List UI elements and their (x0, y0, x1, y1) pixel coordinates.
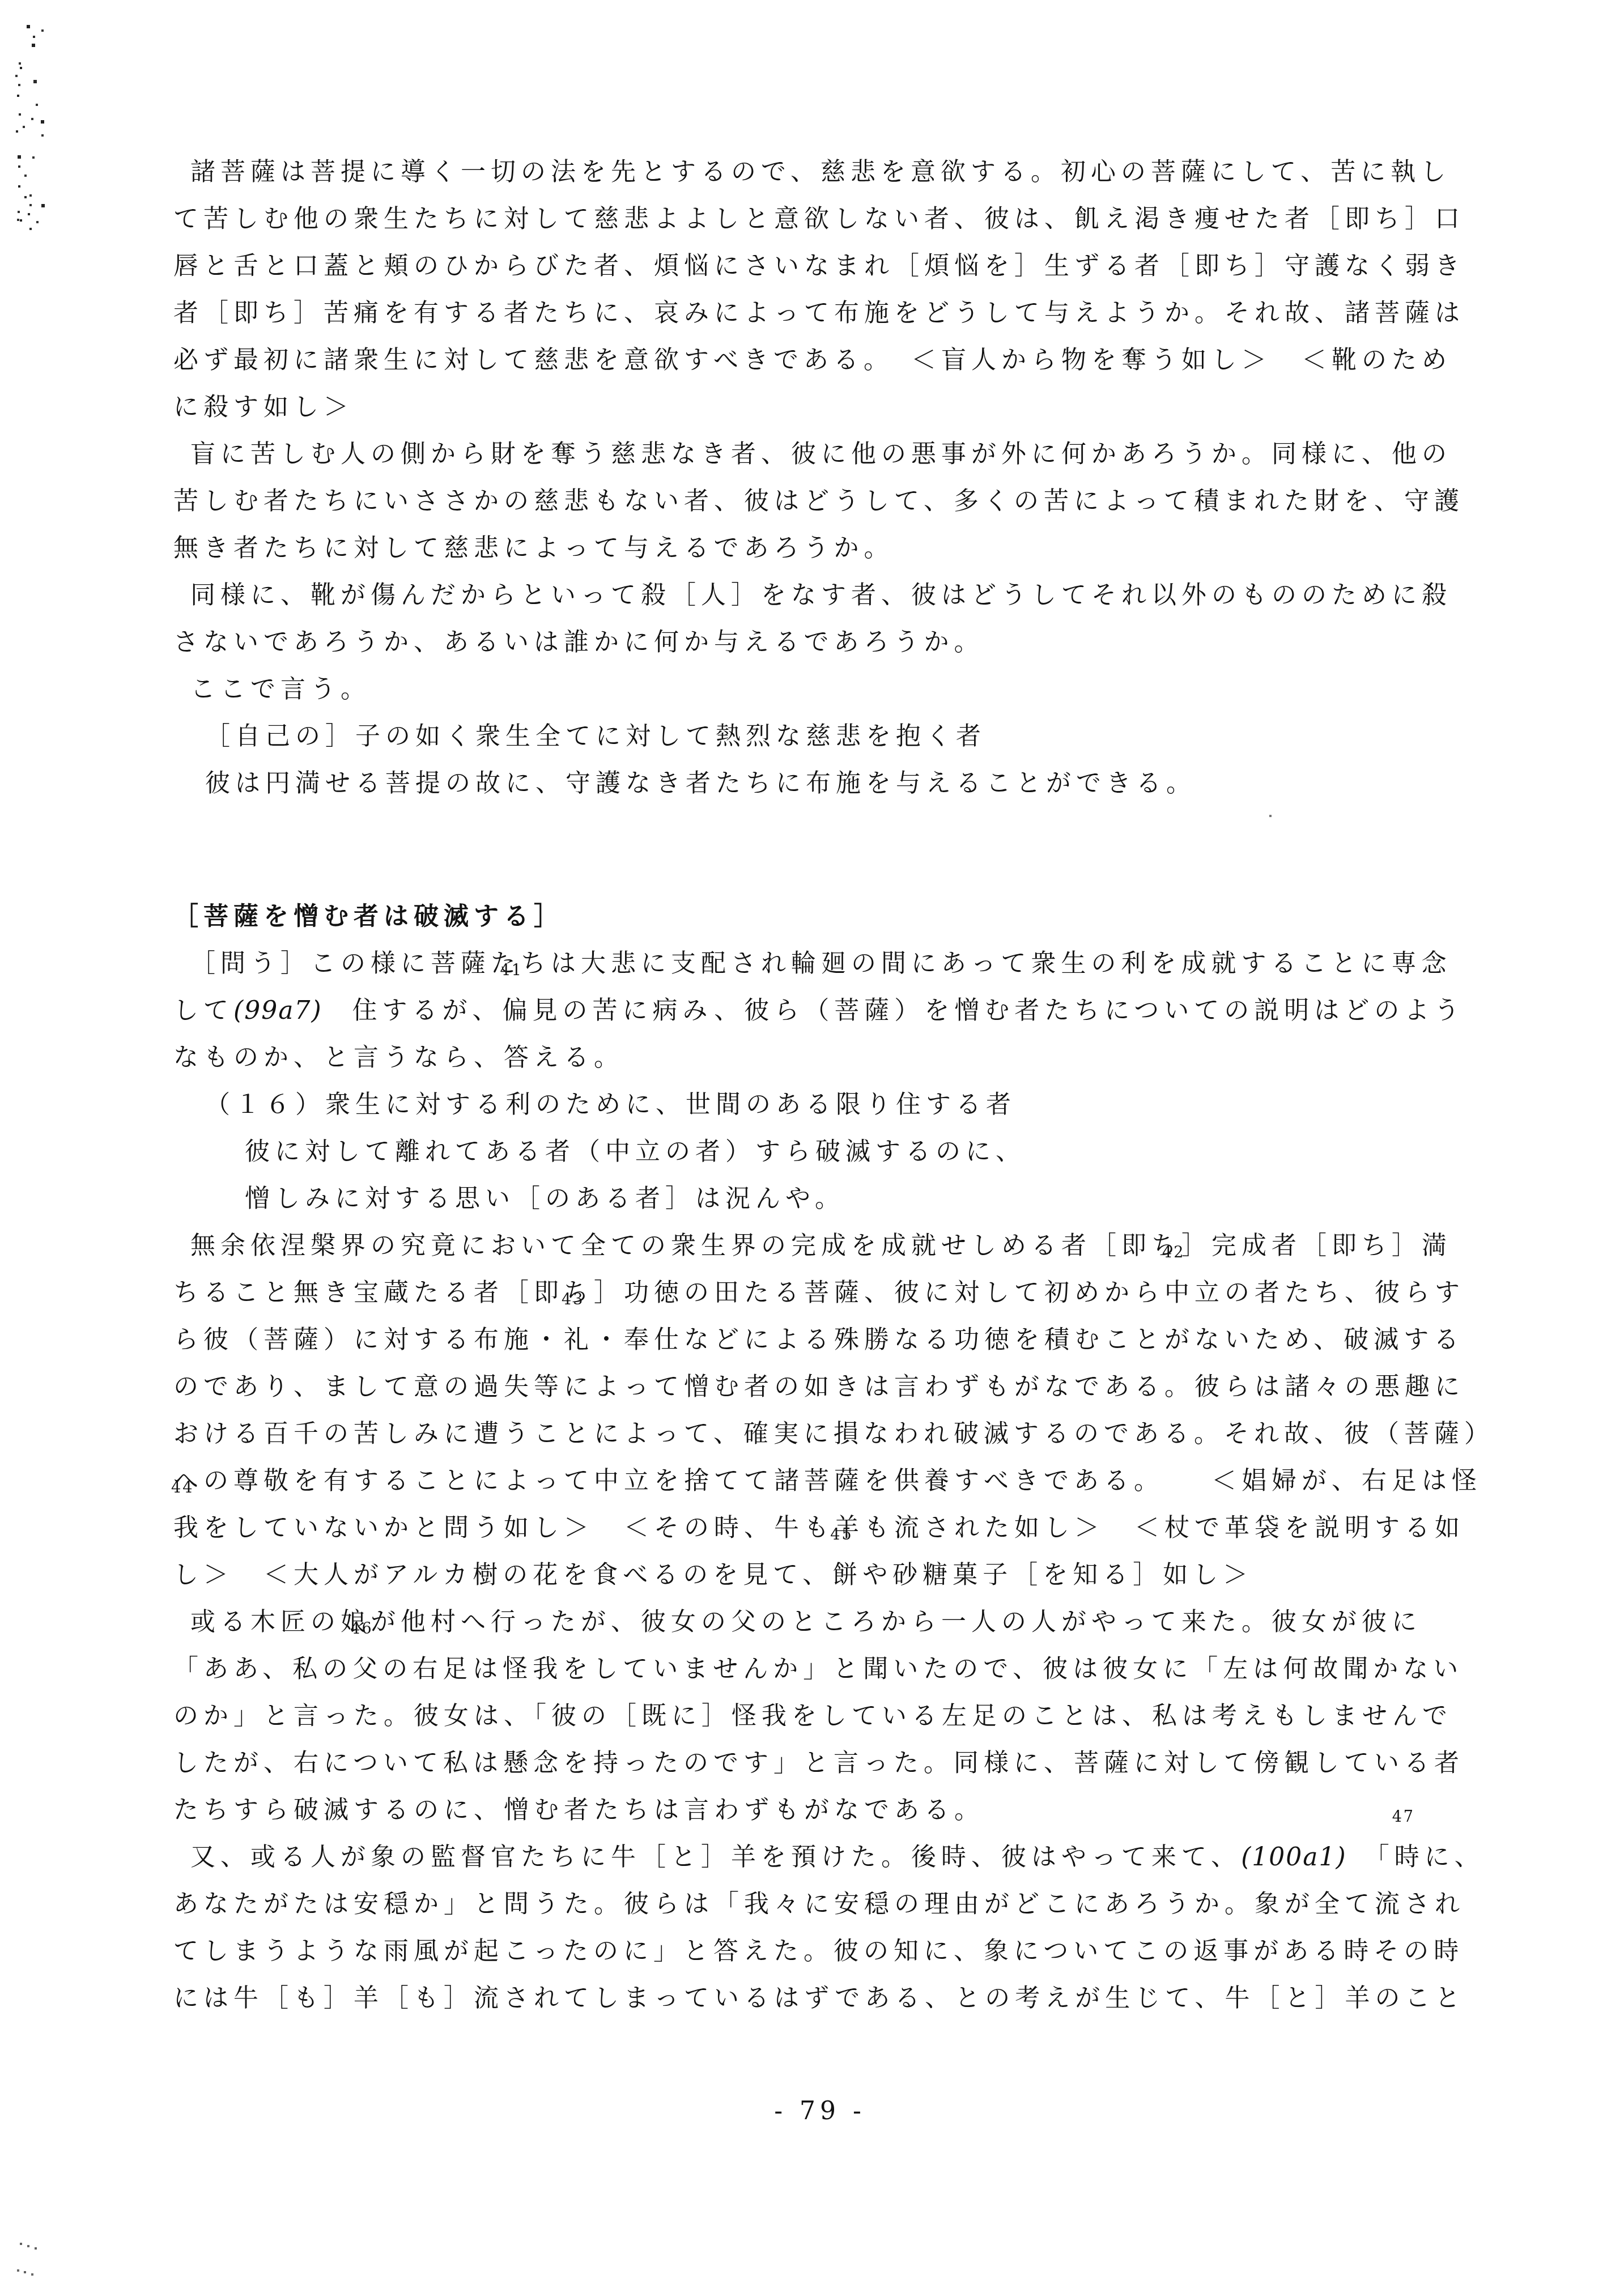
text-line: なものか、と言うなら、答える。 (173, 1034, 1497, 1081)
folio-marker: (99a7) (233, 996, 322, 1025)
text-line: への尊敬を有することによって中立を捨てて諸菩薩を供養すべきである。 ＜娼婦が、右… (173, 1457, 1497, 1504)
text-line: には牛［も］羊［も］流されてしまっているはずである、との考えが生じて、牛［と］羊… (173, 1975, 1497, 2022)
text-line: たちすら破滅するのに、憎む者たちは言わずもがなである。 (173, 1787, 1497, 1834)
text-line: 彼に対して離れてある者（中立の者）すら破滅するのに、 (173, 1128, 1497, 1175)
text-line: ら彼（菩薩）に対する布施・43礼・奉仕などによる殊勝なる功徳を積むことがないため… (173, 1316, 1497, 1363)
text-line: 者［即ち］苦痛を有する者たちに、哀みによって布施をどうして与えようか。それ故、諸… (173, 290, 1497, 337)
text-line: おける百千の苦しみに遭うことによって、確実に損なわれ破滅するのである。それ故、彼… (173, 1410, 1497, 1457)
folio-marker: (100a1) (1241, 1843, 1347, 1872)
text-block: 諸菩薩は菩提に導く一切の法を先とするので、慈悲を意欲する。初心の菩薩にして、苦に… (173, 148, 1497, 2022)
text-line: さないであろうか、あるいは誰かに何か与えるであろうか。 (173, 619, 1497, 666)
text-line: 必ず最初に諸衆生に対して慈悲を意欲すべきである。 ＜盲人から物を奪う如し＞ ＜靴… (173, 337, 1497, 384)
text-line: 盲に苦しむ人の側から財を奪う慈悲なき者、彼に他の悪事が外に何かあろうか。同様に、… (173, 431, 1497, 478)
text-line: 同様に、靴が傷んだからといって殺［人］をなす者、彼はどうしてそれ以外のもののため… (173, 572, 1497, 619)
text-line: 唇と舌と口蓋と頬のひからびた者、煩悩にさいなまれ［煩悩を］生ずる者［即ち］守護な… (173, 243, 1497, 290)
text-line: ここで言う。 (173, 666, 1497, 713)
text-line: したが、右について私は懸念を持ったのです」と言った。同様に、菩薩に対して傍観して… (173, 1740, 1497, 1787)
text-line: のであり、まして意の過失等によって憎む者の如きは言わずもがなである。彼らは諸々の… (173, 1363, 1497, 1410)
page-number: - 79 - (0, 2097, 1624, 2125)
text-line: のか」と言った。彼女は、「彼の［既に］怪我をしている左足のことは、私は考えもしま… (173, 1693, 1497, 1740)
text-line: てしまうような雨風が起こったのに」と答えた。彼の知に、象についてこの返事がある時… (173, 1928, 1497, 1975)
text-line: 憎しみに対する思い［のある者］は況んや。 (173, 1175, 1497, 1222)
text-line: ［自己の］子の如く衆生全てに対して熱烈な慈悲を抱く者 (173, 713, 1497, 760)
text-line: 無き者たちに対して慈悲によって与えるであろうか。 (173, 525, 1497, 572)
text-line: （１６）衆生に対する利のために、世間のある限り住する者 (173, 1081, 1497, 1128)
text-line: 彼は円満せる菩提の故に、守護なき者たちに布施を与えることができる。 (173, 760, 1497, 807)
text-line: 苦しむ者たちにいささかの慈悲もない者、彼はどうして、多くの苦によって積まれた財を… (173, 478, 1497, 525)
text-line: 又、或る人が象の監督官たちに牛［と］羊を預けた。後時、彼はやって来て、(100a… (173, 1834, 1497, 1881)
text-line: て苦しむ他の衆生たちに対して慈悲よよしと意欲しない者、彼は、飢え渇き痩せた者［即… (173, 195, 1497, 243)
text-line: に殺す如し＞ (173, 384, 1497, 431)
section-heading: ［菩薩を憎む者は破滅する］ (173, 893, 1497, 940)
scanned-page: 諸菩薩は菩提に導く一切の法を先とするので、慈悲を意欲する。初心の菩薩にして、苦に… (0, 0, 1624, 2296)
text-line: 「ああ、私の46父の右足は怪我をしていませんか」と聞いたので、彼は彼女に「左は何… (173, 1646, 1497, 1693)
text-line: ［問う］この様に菩薩たちは大悲に支配され輪廻の間にあって衆生の利を成就することに… (173, 940, 1497, 987)
text-line: 無余依涅槃界の究竟において全ての衆生界の完成を成就せしめる者［即ち］完成者［即ち… (173, 1222, 1497, 1269)
text-line: ちること無き宝蔵たる者［即ち］功徳の田たる菩薩、彼に対して初めから42中立の者た… (173, 1269, 1497, 1316)
text-line: し＞ ＜大人がアルカ樹の花を食べるのを見て、45餅や砂糖菓子［を知る］如し＞ (173, 1551, 1497, 1598)
scan-noise-bottom (0, 0, 2, 2)
text-line: 諸菩薩は菩提に導く一切の法を先とするので、慈悲を意欲する。初心の菩薩にして、苦に… (173, 148, 1497, 195)
text-line: あなたがたは安穏か」と問うた。彼らは「我々に安穏の理由がどこにあろうか。象が全て… (173, 1881, 1497, 1928)
text-line: して(99a7) 住するが、41偏見の苦に病み、彼ら（菩薩）を憎む者たちについて… (173, 987, 1497, 1034)
